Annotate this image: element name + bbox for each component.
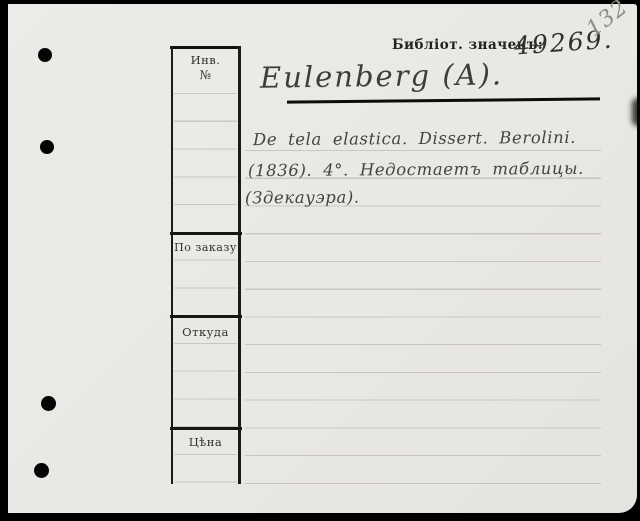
- body-line: De tela elastica. Dissert. Berolini.: [253, 128, 576, 149]
- order-label: По заказу: [171, 241, 240, 254]
- catalog-card: Инв. № По заказу Откуда Цѣна Библіот. зн…: [8, 4, 637, 513]
- inventory-number-label: Инв.: [171, 53, 240, 67]
- scan-edge-smudge: [632, 98, 640, 126]
- author-underline: [287, 97, 600, 103]
- punch-hole: [38, 48, 52, 62]
- inventory-number-sign: №: [171, 68, 240, 82]
- scan-background: Инв. № По заказу Откуда Цѣна Библіот. зн…: [0, 0, 640, 521]
- body-line: (Здекауэра).: [245, 188, 360, 208]
- column-right-border: [238, 46, 241, 484]
- origin-label: Откуда: [171, 325, 240, 339]
- column-top-border: [170, 46, 241, 49]
- author-heading: Eulenberg (A).: [260, 57, 504, 94]
- punch-hole: [40, 140, 54, 154]
- column-section-divider: [170, 427, 242, 430]
- column-left-border: [171, 46, 173, 484]
- body-line: (1836). 4°. Недостаетъ таблицы.: [248, 159, 584, 180]
- column-section-divider: [170, 315, 242, 318]
- punch-hole: [34, 463, 49, 478]
- punch-hole: [41, 396, 56, 411]
- column-section-divider: [170, 232, 242, 235]
- price-label: Цѣна: [171, 435, 240, 449]
